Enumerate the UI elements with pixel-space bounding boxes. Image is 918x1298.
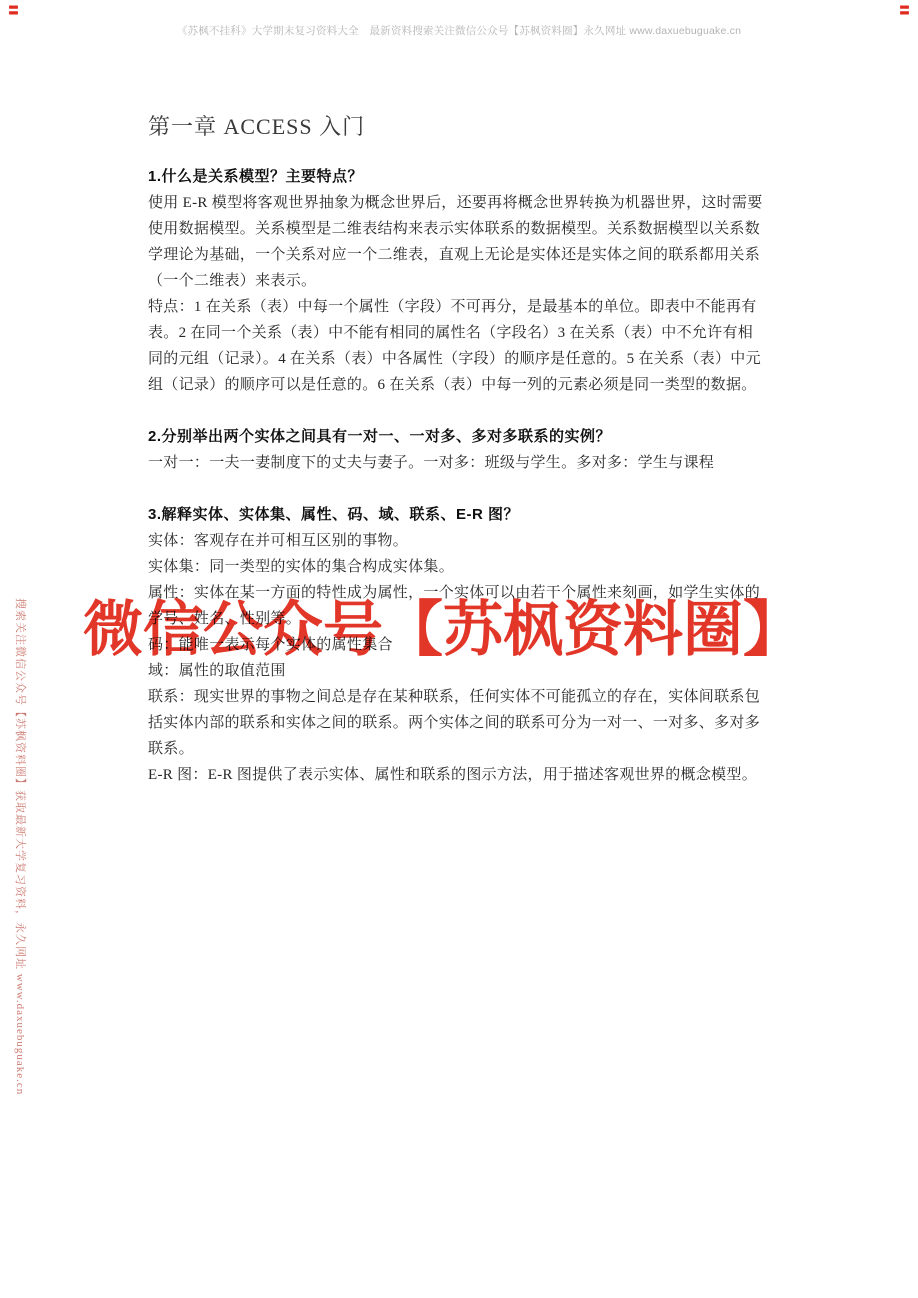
text-line: （一个二维表）来表示。 — [148, 268, 780, 294]
text-line: 域：属性的取值范围 — [148, 658, 780, 684]
text-line: 属性：实体在某一方面的特性成为属性，一个实体可以由若干个属性来刻画，如学生实体的 — [148, 580, 780, 606]
page-title: 第一章 ACCESS 入门 — [148, 112, 780, 142]
text-line: E-R 图：E-R 图提供了表示实体、属性和联系的图示方法，用于描述客观世界的概… — [148, 762, 780, 788]
corner-mark-icon: 〓 — [8, 5, 19, 16]
section-q3: 3.解释实体、实体集、属性、码、域、联系、E-R 图？ 实体：客观存在并可相互区… — [148, 502, 780, 788]
document-body: 第一章 ACCESS 入门 1.什么是关系模型？主要特点？ 使用 E-R 模型将… — [148, 112, 780, 788]
text-line: 联系：现实世界的事物之间总是存在某种联系，任何实体不可能孤立的存在，实体间联系包 — [148, 684, 780, 710]
text-line: 联系。 — [148, 736, 780, 762]
text-line: 括实体内部的联系和实体之间的联系。两个实体之间的联系可分为一对一、一对多、多对多 — [148, 710, 780, 736]
text-line: 特点：1 在关系（表）中每一个属性（字段）不可再分，是最基本的单位。即表中不能再… — [148, 294, 780, 320]
text-line: 表。2 在同一个关系（表）中不能有相同的属性名（字段名）3 在关系（表）中不允许… — [148, 320, 780, 346]
question-heading: 2.分别举出两个实体之间具有一对一、一对多、多对多联系的实例？ — [148, 424, 780, 450]
text-line: 使用数据模型。关系模型是二维表结构来表示实体联系的数据模型。关系数据模型以关系数 — [148, 216, 780, 242]
corner-mark-icon: 〓 — [899, 5, 910, 16]
text-line: 同的元组（记录）。4 在关系（表）中各属性（字段）的顺序是任意的。5 在关系（表… — [148, 346, 780, 372]
section-q2: 2.分别举出两个实体之间具有一对一、一对多、多对多联系的实例？ 一对一：一夫一妻… — [148, 424, 780, 476]
question-heading: 1.什么是关系模型？主要特点？ — [148, 164, 780, 190]
text-line: 实体：客观存在并可相互区别的事物。 — [148, 528, 780, 554]
text-line: 使用 E-R 模型将客观世界抽象为概念世界后，还要再将概念世界转换为机器世界，这… — [148, 190, 780, 216]
text-line: 码：能唯一表示每个实体的属性集合 — [148, 632, 780, 658]
question-heading: 3.解释实体、实体集、属性、码、域、联系、E-R 图？ — [148, 502, 780, 528]
left-vertical-watermark: 搜索关注微信公众号【苏枫资料圈】获取最新大学复习资料，永久网址 www.daxu… — [13, 598, 27, 1068]
header-watermark-text: 《苏枫不挂科》大学期末复习资料大全 最新资料搜索关注微信公众号【苏枫资料圈】永久… — [0, 23, 918, 38]
section-q1: 1.什么是关系模型？主要特点？ 使用 E-R 模型将客观世界抽象为概念世界后，还… — [148, 164, 780, 398]
text-line: 学理论为基础，一个关系对应一个二维表，直观上无论是实体还是实体之间的联系都用关系 — [148, 242, 780, 268]
text-line: 实体集：同一类型的实体的集合构成实体集。 — [148, 554, 780, 580]
text-line: 一对一：一夫一妻制度下的丈夫与妻子。一对多：班级与学生。多对多：学生与课程 — [148, 450, 780, 476]
text-line: 学号、姓名、性别等。 — [148, 606, 780, 632]
text-line: 组（记录）的顺序可以是任意的。6 在关系（表）中每一列的元素必须是同一类型的数据… — [148, 372, 780, 398]
